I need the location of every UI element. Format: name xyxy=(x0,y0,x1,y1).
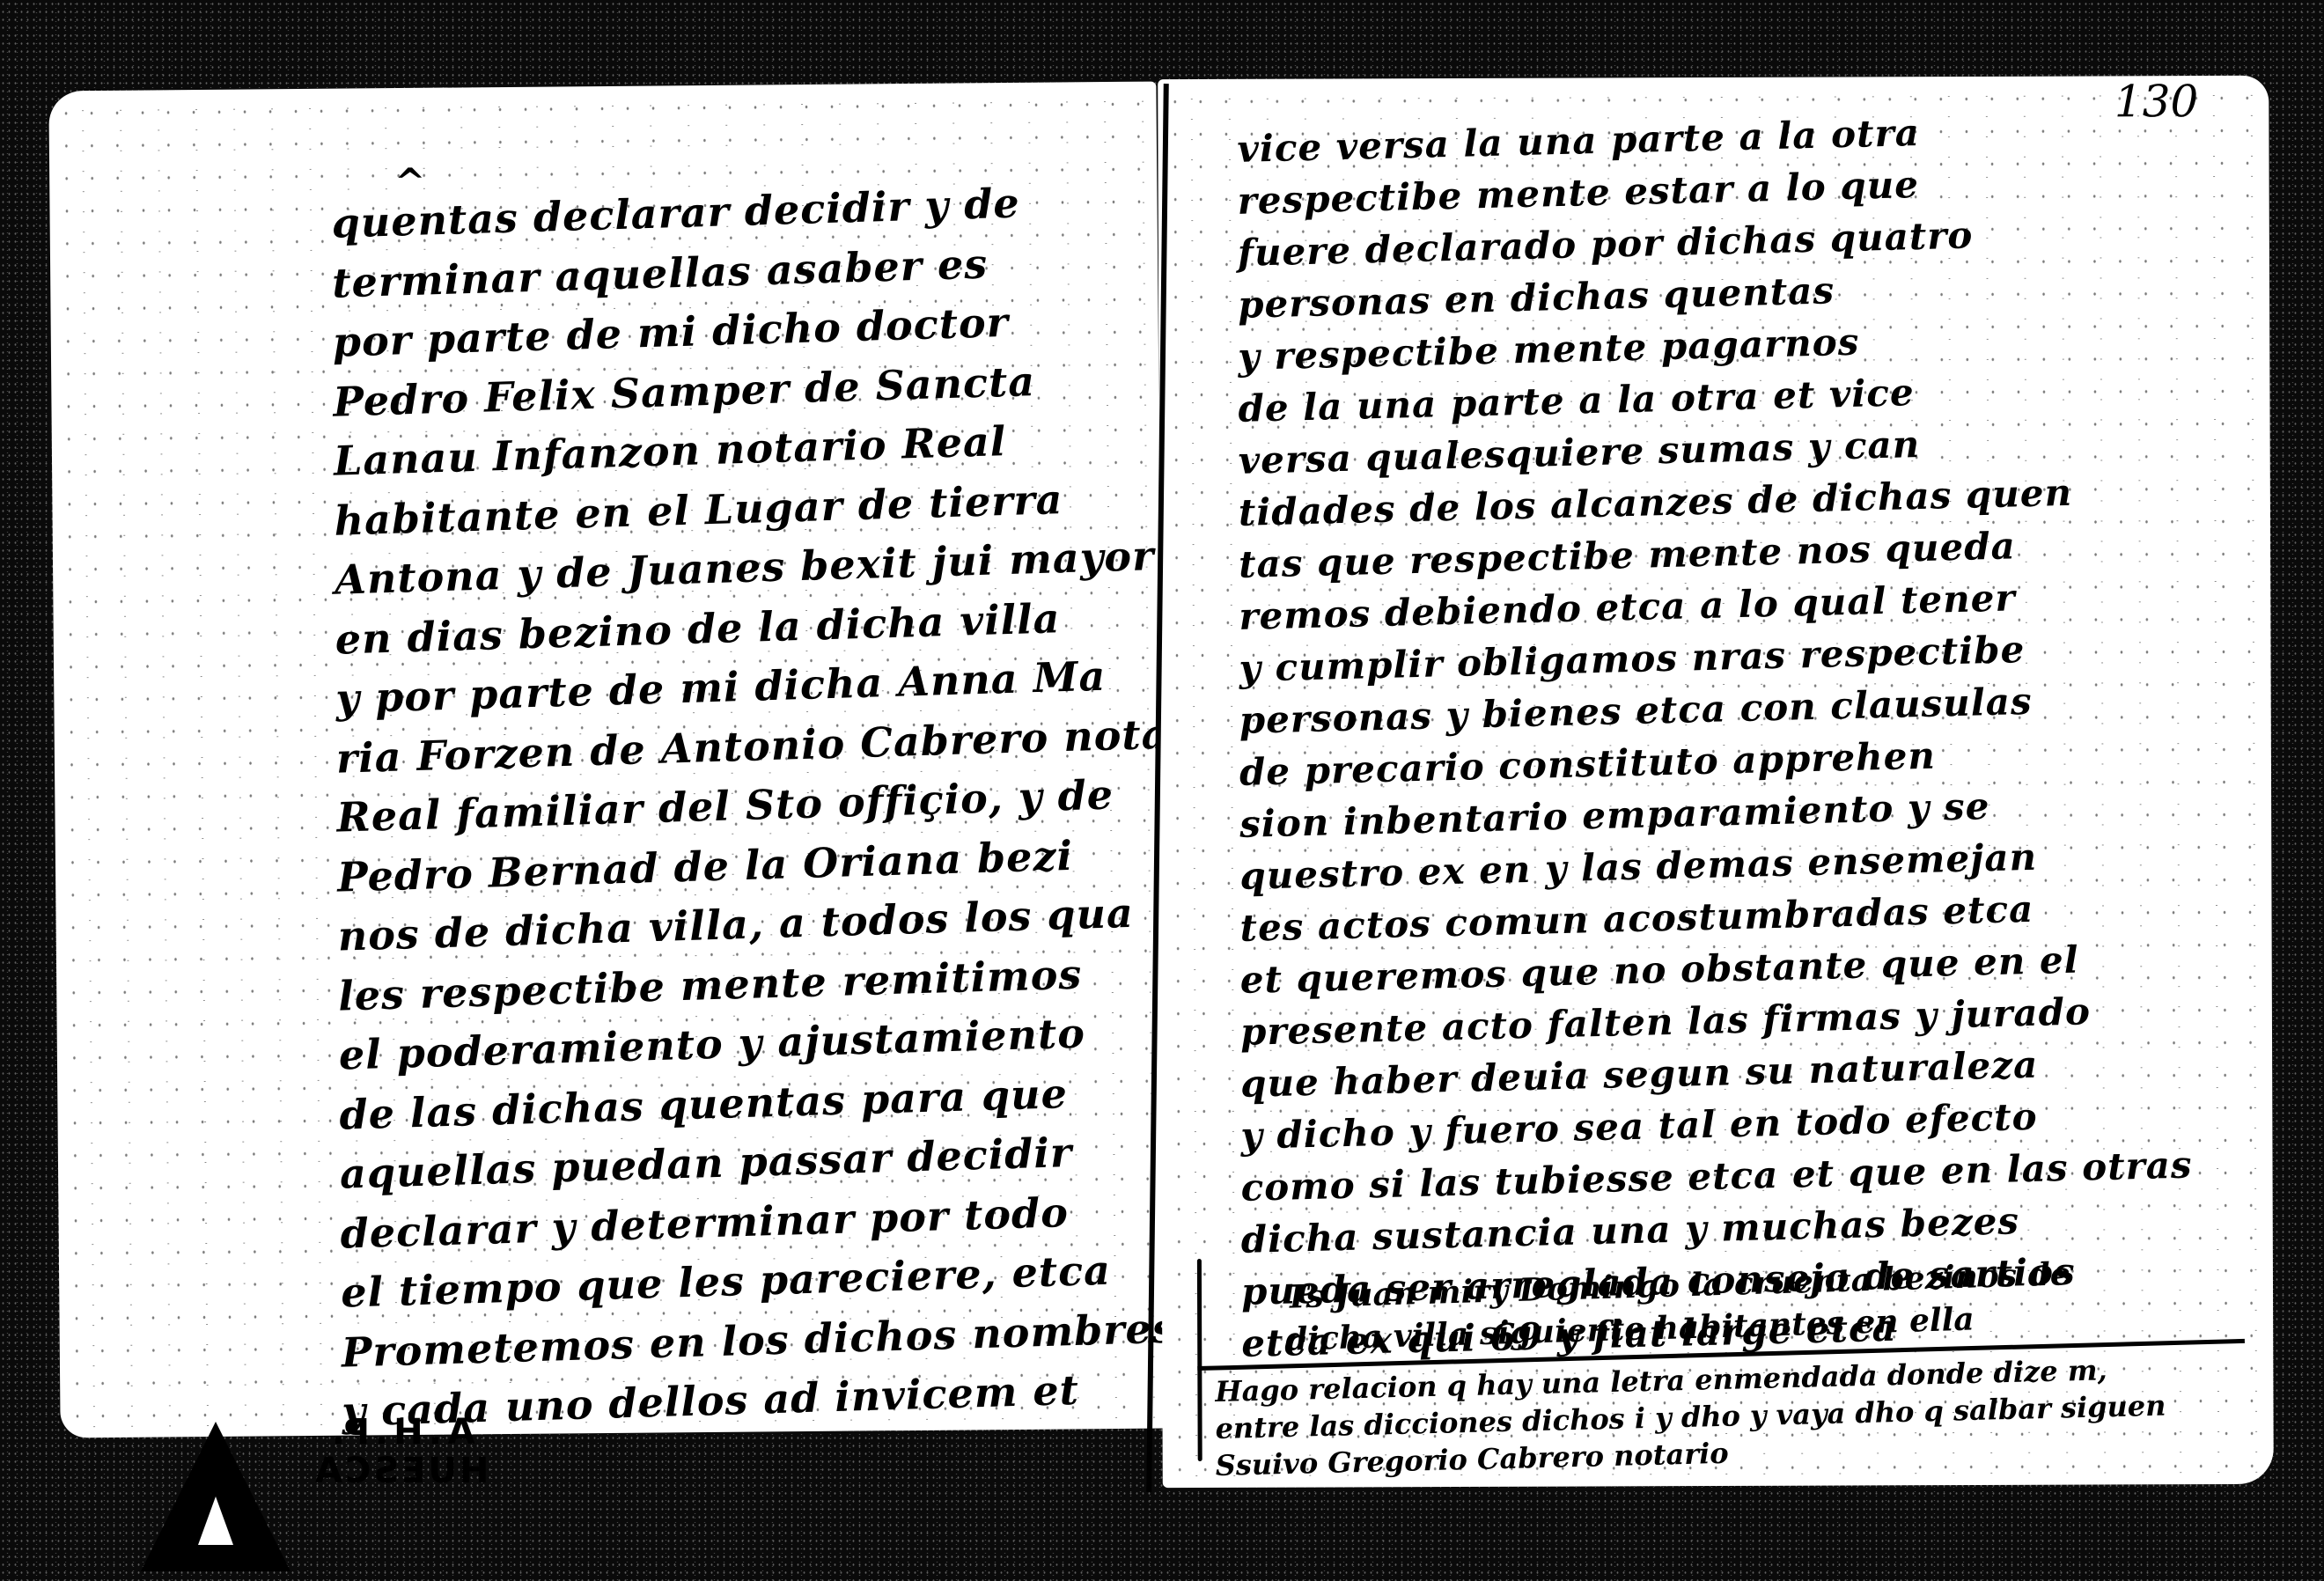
right-page-text: vice versa la una parte a la otra respec… xyxy=(1237,120,2193,1370)
margin-bracket xyxy=(1197,1259,1202,1461)
archive-stamp: A.H.P. HUESCA xyxy=(313,1413,489,1490)
right-page: 130 vice versa la una parte a la otra re… xyxy=(1158,76,2274,1488)
archive-corner-mark xyxy=(141,1422,290,1571)
left-page-text: quentas declarar decidir y de terminar a… xyxy=(331,187,1167,1438)
stamp-line-2: HUESCA xyxy=(313,1452,489,1490)
stamp-line-1: A.H.P. xyxy=(313,1413,489,1452)
notary-notes: Hago relacion q hay una letra enmendada … xyxy=(1215,1370,2236,1484)
left-page: ^ quentas declarar decidir y de terminar… xyxy=(48,82,1167,1438)
witnesses-block: Ts Juan miry Domingo la cruenta bezinos … xyxy=(1285,1273,2271,1361)
